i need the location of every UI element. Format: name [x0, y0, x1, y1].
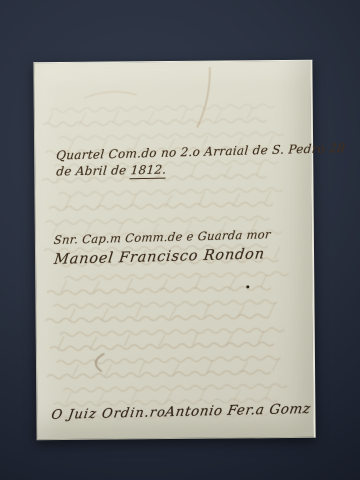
signature-name: Antonio Fer.a Gomz: [165, 401, 313, 420]
dateline-month: de Abril de: [56, 163, 132, 178]
dateline-year: 1812.: [130, 163, 167, 180]
ink-dot: [246, 285, 249, 288]
dateline-line2: de Abril de 1812.: [56, 163, 167, 179]
manuscript-paper: Quartel Com.do no 2.o Arraial de S. Pedr…: [33, 60, 315, 440]
photo-background: Quartel Com.do no 2.o Arraial de S. Pedr…: [0, 0, 360, 480]
signature-title: O Juiz Ordin.ro: [50, 405, 167, 423]
